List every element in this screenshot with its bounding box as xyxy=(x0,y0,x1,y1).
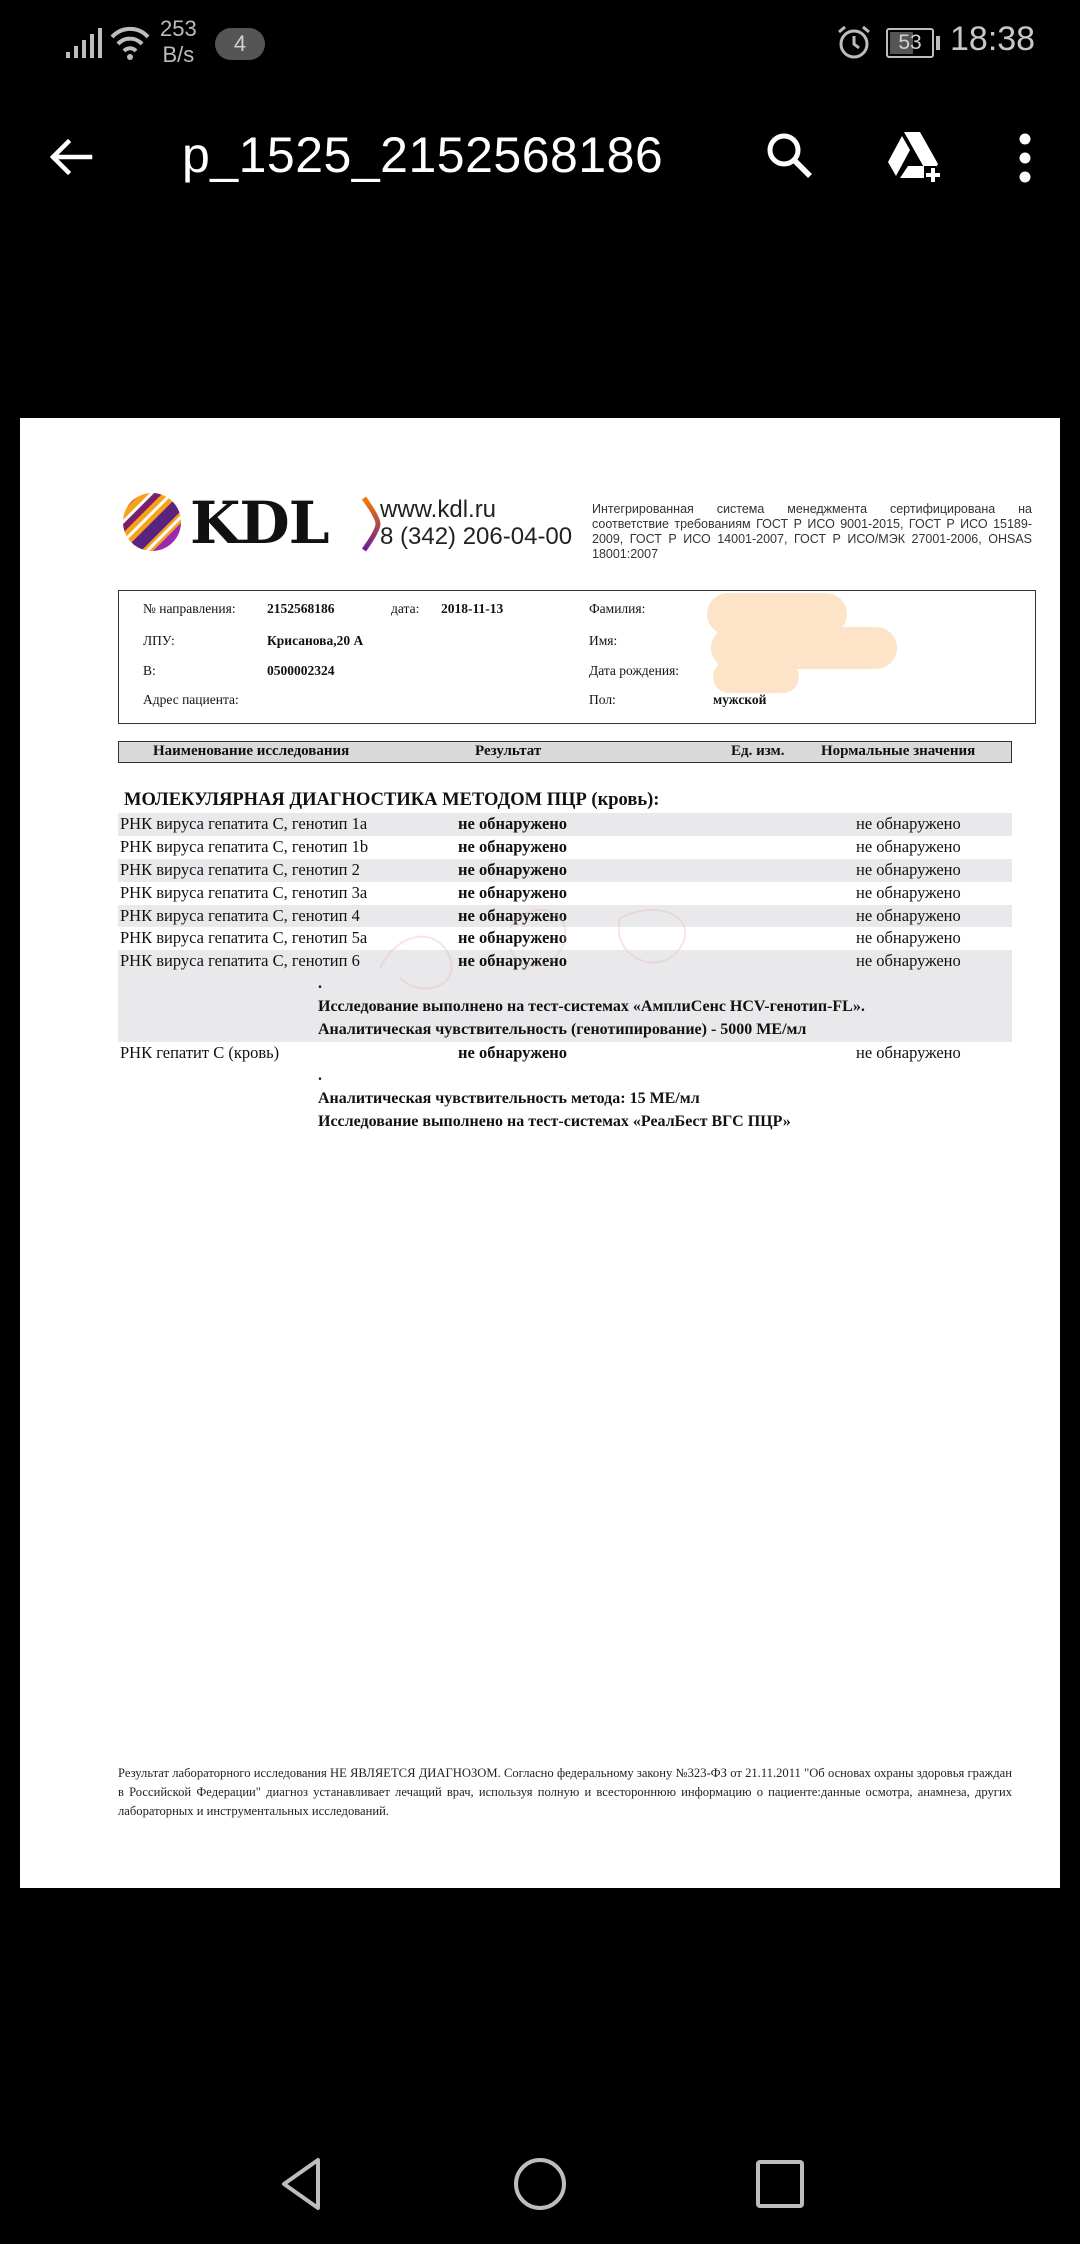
test-name: РНК вируса гепатита С, генотип 2 xyxy=(120,859,360,882)
home-circle-icon[interactable] xyxy=(510,2154,570,2214)
certification-text: Интегрированная система менеджмента серт… xyxy=(592,502,1032,562)
alarm-icon xyxy=(836,24,872,60)
patient-info-box: № направления: 2152568186 дата: 2018-11-… xyxy=(118,590,1036,724)
test-normal: не обнаружено xyxy=(856,1042,961,1065)
kdl-brand-name: KDL xyxy=(190,488,329,558)
table-row: РНК вируса гепатита С, генотип 2не обнар… xyxy=(118,859,1012,882)
test-name: РНК вируса гепатита С, генотип 3a xyxy=(120,882,367,905)
clock: 18:38 xyxy=(950,20,1035,59)
network-speed: 253 B/s xyxy=(160,16,197,68)
table-row: РНК вируса гепатита С, генотип 4не обнар… xyxy=(118,905,1012,928)
kdl-website: www.kdl.ru xyxy=(380,496,572,523)
test-result: не обнаружено xyxy=(458,859,567,882)
test-result: не обнаружено xyxy=(458,927,567,950)
table-row: РНК вируса гепатита С, генотип 5aне обна… xyxy=(118,927,1012,950)
sex-value: мужской xyxy=(713,692,766,708)
lpu-label: ЛПУ: xyxy=(143,633,175,649)
sex-label: Пол: xyxy=(589,692,616,708)
table-row: РНК вируса гепатита С, генотип 6не обнар… xyxy=(118,950,1012,973)
test-name: РНК вируса гепатита С, генотип 6 xyxy=(120,950,360,973)
table-row: РНК вируса гепатита С, генотип 1aне обна… xyxy=(118,813,1012,836)
test-result: не обнаружено xyxy=(458,1042,567,1065)
date-value: 2018-11-13 xyxy=(441,601,503,617)
lpu-value: Крисанова,20 А xyxy=(267,633,363,649)
test-normal: не обнаружено xyxy=(856,950,961,973)
date-label: дата: xyxy=(391,601,419,617)
network-speed-unit: B/s xyxy=(160,42,197,68)
note-line: Исследование выполнено на тест-системах … xyxy=(118,1111,1012,1134)
system-nav-bar xyxy=(0,2120,1080,2244)
test-result: не обнаружено xyxy=(458,882,567,905)
col-name: Наименование исследования xyxy=(153,742,349,761)
wifi-icon xyxy=(110,25,150,61)
col-result: Результат xyxy=(475,742,541,761)
test-name: РНК гепатит С (кровь) xyxy=(120,1042,279,1065)
battery-tip xyxy=(936,36,940,50)
back-arrow-icon[interactable] xyxy=(46,132,96,182)
test-result: не обнаружено xyxy=(458,950,567,973)
search-icon[interactable] xyxy=(764,130,816,182)
b-value: 0500002324 xyxy=(267,663,335,679)
hcv-notes: .Аналитическая чувствительность метода: … xyxy=(118,1065,1012,1134)
note-line: Исследование выполнено на тест-системах … xyxy=(118,996,1012,1019)
results-table-header: Наименование исследования Результат Ед. … xyxy=(118,741,1012,763)
address-label: Адрес пациента: xyxy=(143,692,239,708)
test-normal: не обнаружено xyxy=(856,882,961,905)
signal-icon xyxy=(66,28,102,58)
test-result: не обнаружено xyxy=(458,836,567,859)
document-title: p_1525_2152568186 xyxy=(182,126,663,184)
note-line: Аналитическая чувствительность метода: 1… xyxy=(118,1088,1012,1111)
col-normal: Нормальные значения xyxy=(821,742,975,761)
kdl-chevron-icon xyxy=(360,496,382,552)
results-table: РНК вируса гепатита С, генотип 1aне обна… xyxy=(118,813,1012,1133)
test-name: РНК вируса гепатита С, генотип 1b xyxy=(120,836,368,859)
test-normal: не обнаружено xyxy=(856,813,961,836)
back-triangle-icon[interactable] xyxy=(270,2154,330,2214)
table-row: РНК вируса гепатита С, генотип 3aне обна… xyxy=(118,882,1012,905)
note-line: Аналитическая чувствительность (генотипи… xyxy=(118,1019,1012,1042)
b-label: В: xyxy=(143,663,156,679)
test-name: РНК вируса гепатита С, генотип 1a xyxy=(120,813,367,836)
test-name: РНК вируса гепатита С, генотип 5a xyxy=(120,927,367,950)
table-row: РНК вируса гепатита С, генотип 1bне обна… xyxy=(118,836,1012,859)
first-name-label: Имя: xyxy=(589,633,617,649)
recents-square-icon[interactable] xyxy=(750,2154,810,2214)
referral-label: № направления: xyxy=(143,601,236,617)
note-line: . xyxy=(118,1065,1012,1088)
kdl-phone: 8 (342) 206-04-00 xyxy=(380,523,572,550)
notification-count-badge: 4 xyxy=(215,28,265,60)
section-title: МОЛЕКУЛЯРНАЯ ДИАГНОСТИКА МЕТОДОМ ПЦР (кр… xyxy=(124,790,659,811)
status-bar: 253 B/s 4 53 18:38 xyxy=(0,0,1080,90)
col-unit: Ед. изм. xyxy=(731,742,785,761)
app-bar: p_1525_2152568186 xyxy=(0,110,1080,210)
table-row: РНК гепатит С (кровь) не обнаружено не о… xyxy=(118,1042,1012,1065)
test-normal: не обнаружено xyxy=(856,859,961,882)
referral-value: 2152568186 xyxy=(267,601,335,617)
document-page[interactable]: KDL www.kdl.ru 8 (342) 206-04-00 Интегри… xyxy=(20,418,1060,1888)
drive-add-icon[interactable] xyxy=(884,130,944,186)
disclaimer-text: Результат лабораторного исследования НЕ … xyxy=(118,1764,1012,1821)
redaction-mark xyxy=(713,661,799,693)
birthdate-label: Дата рождения: xyxy=(589,663,679,679)
more-vert-icon[interactable] xyxy=(1010,132,1040,184)
kdl-contacts: www.kdl.ru 8 (342) 206-04-00 xyxy=(380,496,572,550)
surname-label: Фамилия: xyxy=(589,601,645,617)
test-name: РНК вируса гепатита С, генотип 4 xyxy=(120,905,360,928)
test-result: не обнаружено xyxy=(458,905,567,928)
battery-icon: 53 xyxy=(886,28,934,58)
kdl-globe-icon xyxy=(122,492,182,552)
test-result: не обнаружено xyxy=(458,813,567,836)
test-normal: не обнаружено xyxy=(856,836,961,859)
network-speed-value: 253 xyxy=(160,16,197,42)
test-normal: не обнаружено xyxy=(856,927,961,950)
note-line: . xyxy=(118,973,1012,996)
battery-level: 53 xyxy=(888,30,932,56)
genotype-notes: .Исследование выполнено на тест-системах… xyxy=(118,973,1012,1042)
test-normal: не обнаружено xyxy=(856,905,961,928)
